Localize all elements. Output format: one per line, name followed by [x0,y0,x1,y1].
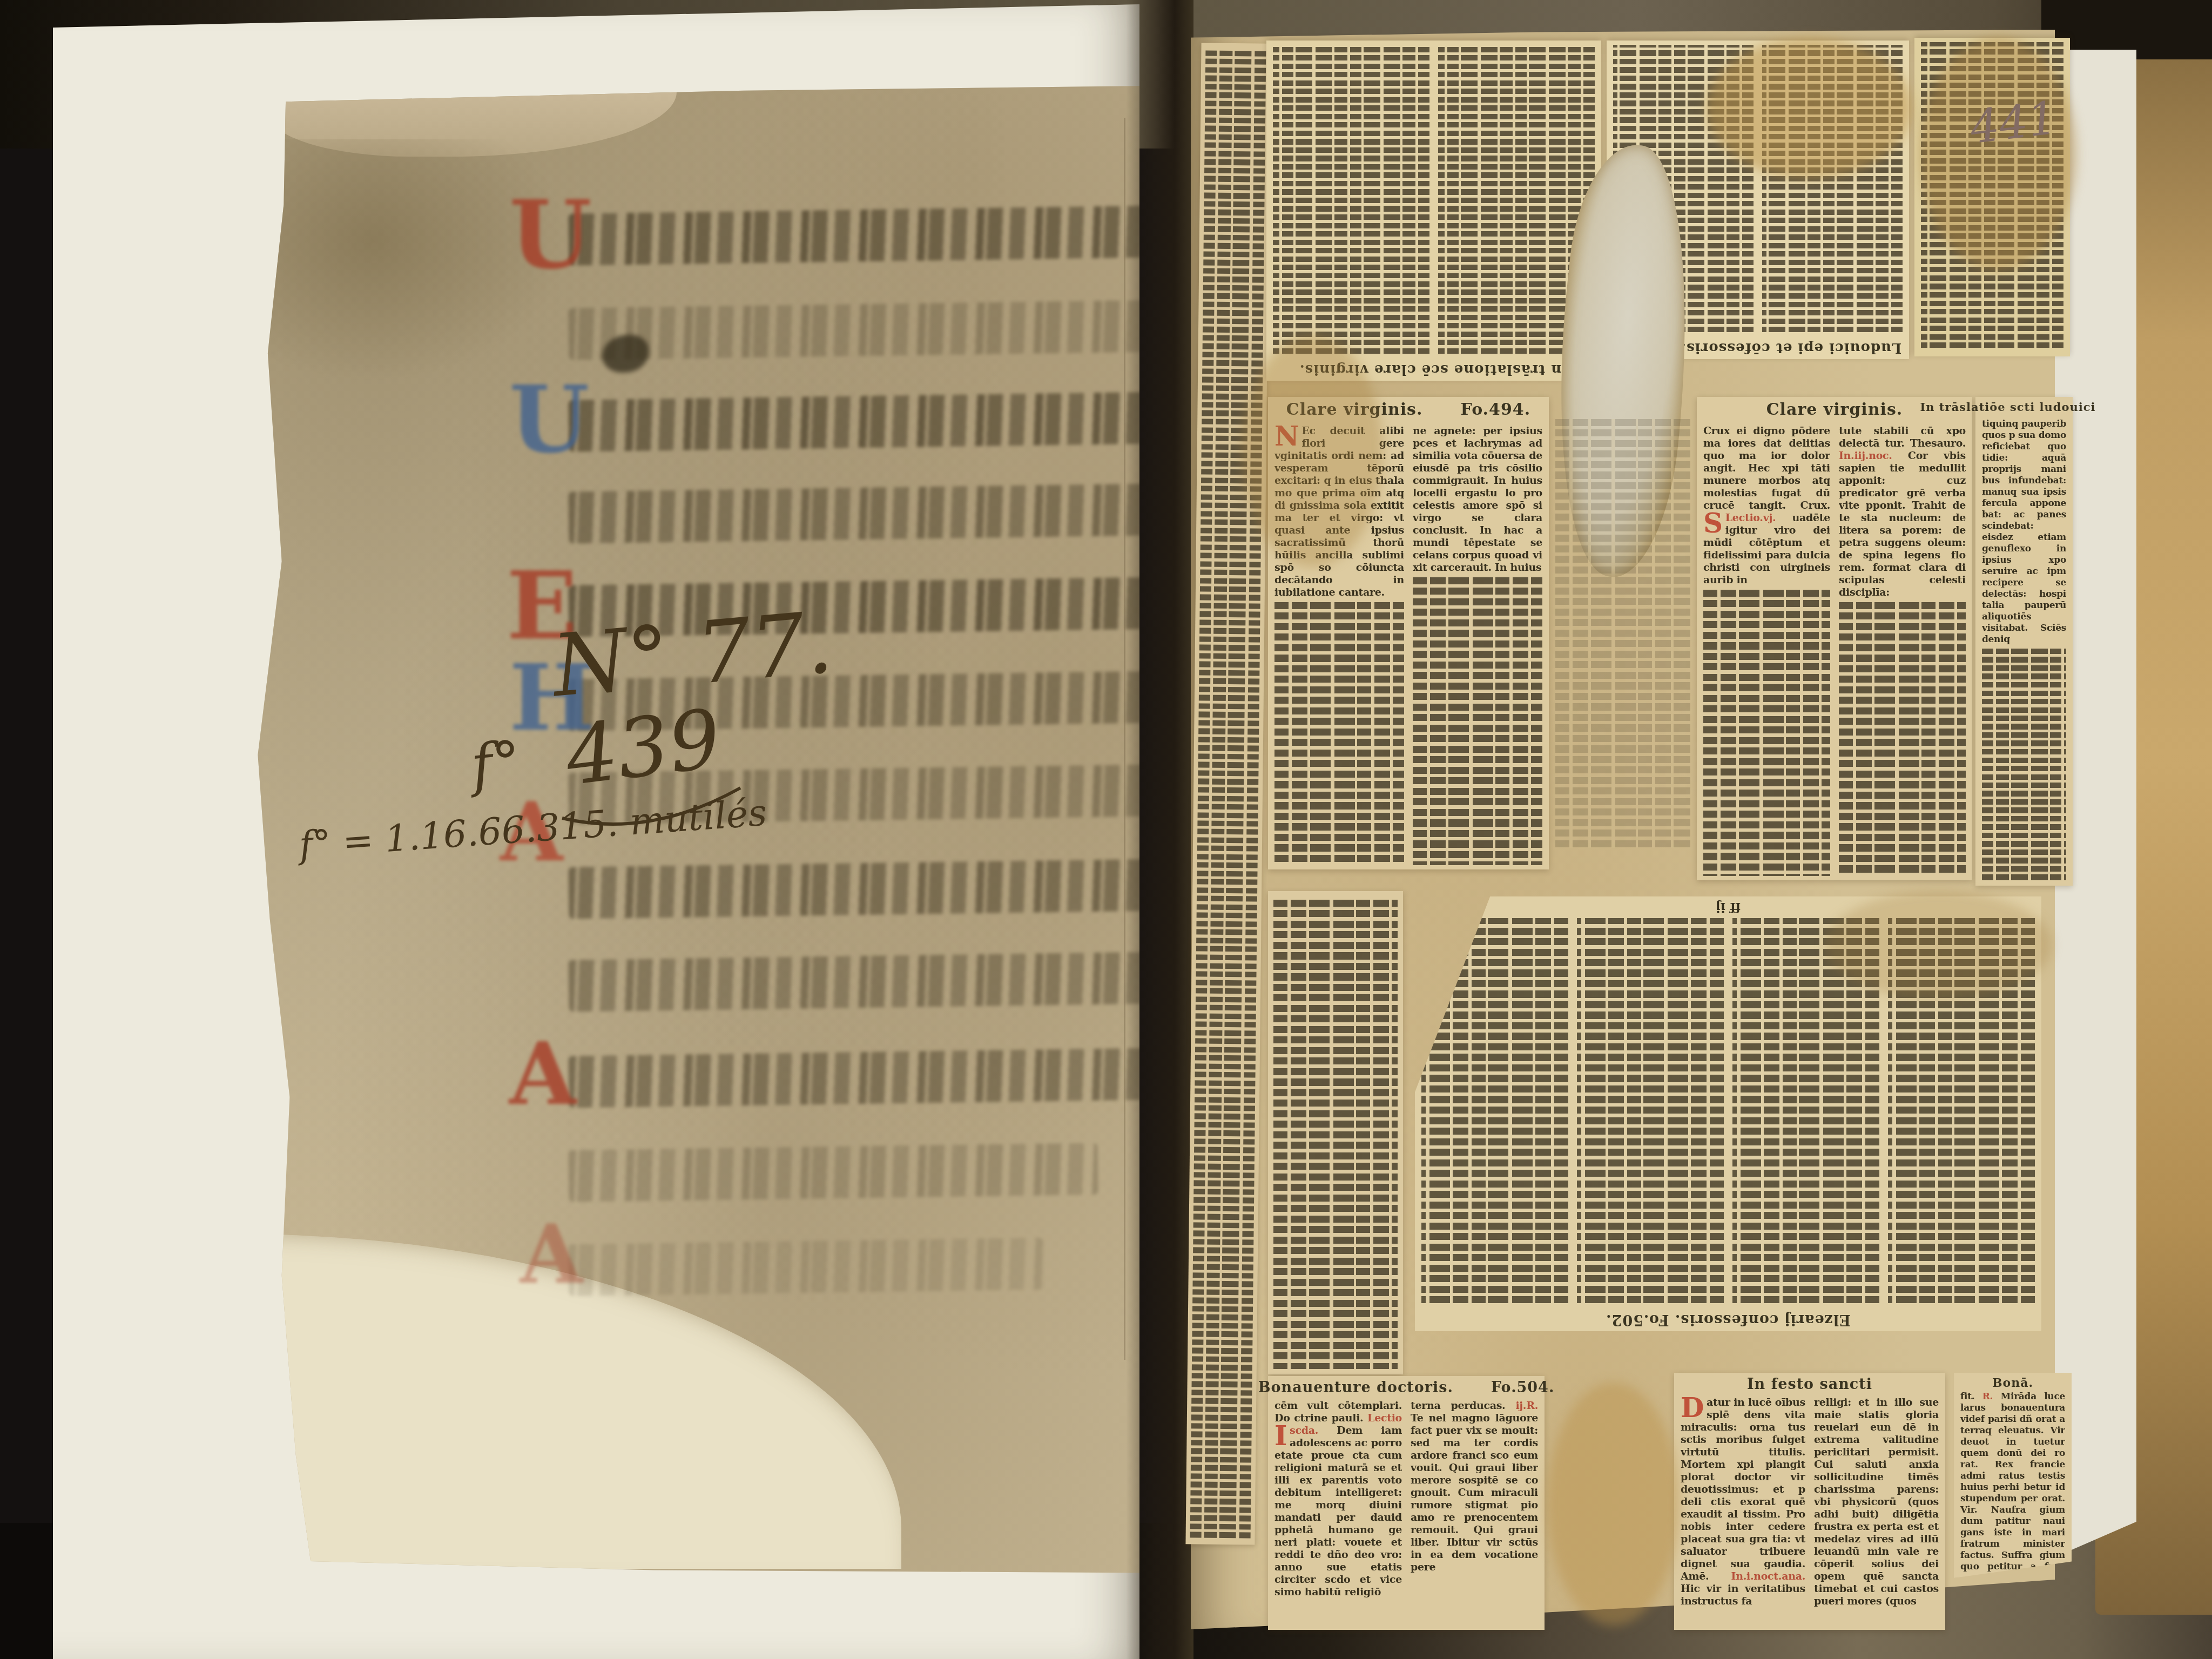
print-text: Te nel magno lāguore fact puer vix se mo… [1411,1412,1538,1573]
stain [1920,38,2076,270]
fragment-top-left-flipped: In trāslatione scē clare virginis. [1266,41,1601,381]
rubric-text: R. [1982,1391,1993,1402]
manuscript-text-line [568,392,1168,451]
fragment-header: Bonauenture doctoris. [1258,1379,1453,1396]
text-column: Crux ei digno pōdere ma iores dat deliti… [1703,425,1830,876]
fragment-bonaventure-504: Bonauenture doctoris. Fo.504. cēm vult c… [1268,1376,1545,1630]
ghost-text-remnant [1555,416,1690,848]
left-page-backing-sheet: U U E H A A A N° 77. f° 439 f° = 1.16.66… [53,4,1139,1659]
print-text-filler [1577,918,1724,1303]
fragment-folio: Fo.504. [1491,1379,1554,1396]
fragment-header: In trāslatiōe scti ludouici [1920,400,2095,414]
print-text: Crux ei digno pōdere ma iores dat deliti… [1703,425,1830,511]
rubric-text: In.i.noct.ana. [1731,1570,1805,1582]
stain [1825,891,2052,999]
manuscript-text-line [568,952,1157,1011]
manuscript-text-line [568,1143,1098,1202]
print-text: fit. [1960,1391,1974,1402]
manuscript-text-line [568,1238,1044,1296]
fragment-translatione-ludovici: In trāslatiōe scti ludouici tiquinq paup… [1975,397,2073,886]
annotation-folio-prefix: f° [468,729,524,799]
print-text: Dem iam adolescens ac porro etate proue … [1274,1425,1402,1598]
print-text: Cor vbis sapien tie medullit apponit: cu… [1839,450,1966,598]
print-text-filler [1190,50,1266,1540]
red-drop-cap: S [1703,512,1725,535]
fragment-header: Elzearij confessoris. Fo.502. [1606,1311,1851,1328]
print-text: atur in lucē oībus splē dens vita miracu… [1681,1397,1805,1582]
print-text: tiquinq pauperib quos p sua domo reficie… [1982,419,2066,645]
print-text-filler [1273,900,1398,1369]
manuscript-text-line [568,859,1163,919]
print-text: Hic vir in veritatibus instructus fa [1681,1583,1805,1607]
fragment-header: Clare virginis. [1766,400,1903,419]
fragment-in-festo-sancti: In festo sancti Datur in lucē oībus splē… [1674,1373,1945,1630]
red-initial: A [509,1030,576,1117]
stain [1707,38,1912,178]
red-initial: U [509,188,592,282]
rubric-text: Lectio.vj. [1725,512,1776,524]
blue-initial: U [509,374,589,466]
text-column: fit. R. Mirāda luce larus bonauentura vi… [1960,1391,2065,1574]
text-column: cēm vult cōtemplari. Do ctrine pauli. Le… [1274,1400,1402,1626]
print-text-filler [1982,649,2066,881]
print-text-filler [1839,602,1966,876]
fragment-clare-virginis: Clare virginis. Crux ei digno pōdere ma … [1697,397,1972,880]
red-drop-cap: I [1274,1425,1290,1447]
print-text-filler [1273,45,1429,354]
rubric-text: ij.R. [1515,1400,1538,1412]
print-text-filler [1703,590,1830,876]
text-column: tute stabili cū xpo delectā tur. Thesaur… [1839,425,1966,876]
print-text-filler [1555,419,1690,848]
stain [1547,1382,1680,1626]
fragment-folio: Fo.494. [1460,400,1530,419]
text-column: ne agnete: per ipsius pces et lachrymas … [1413,425,1542,865]
print-text: tute stabili cū xpo delectā tur. Thesaur… [1839,425,1966,449]
text-column: relligi: et in illo sue maie statis glor… [1814,1397,1939,1626]
manuscript-text-line [568,205,1168,265]
text-column: Datur in lucē oībus splē dens vita mirac… [1681,1397,1805,1626]
red-drop-cap: D [1681,1397,1707,1419]
text-column: tiquinq pauperib quos p sua domo reficie… [1982,419,2066,881]
print-text: ne agnete: per ipsius pces et lachrymas … [1413,425,1542,574]
manuscript-text-line [568,1048,1152,1108]
manuscript-text-line [568,300,1163,360]
fragment-bottom-right: Bonā. fit. R. Mirāda luce larus bonauent… [1954,1373,2072,1578]
text-column: terna perducas. ij.R. Te nel magno lāguo… [1411,1400,1538,1626]
fragment-header: Bonā. [1992,1376,2033,1390]
print-text: relligi: et in illo sue maie statis glor… [1814,1397,1939,1607]
manuscript-text-line [568,483,1152,543]
fragment-header: In festo sancti [1747,1376,1872,1393]
print-text-filler [1413,577,1542,865]
gutter-shadow [1126,0,1193,1659]
red-initial: A [520,1214,583,1295]
fragment-lower-left-column [1268,891,1403,1374]
rubric-text: In.iij.noc. [1839,450,1892,462]
print-text: Mirāda luce larus bonauentura videf pari… [1960,1391,2065,1574]
print-text: terna perducas. [1411,1400,1505,1412]
book-photograph: U U E H A A A N° 77. f° 439 f° = 1.16.66… [0,0,2212,1659]
print-text-filler [1274,602,1404,865]
stain [1242,335,1382,567]
